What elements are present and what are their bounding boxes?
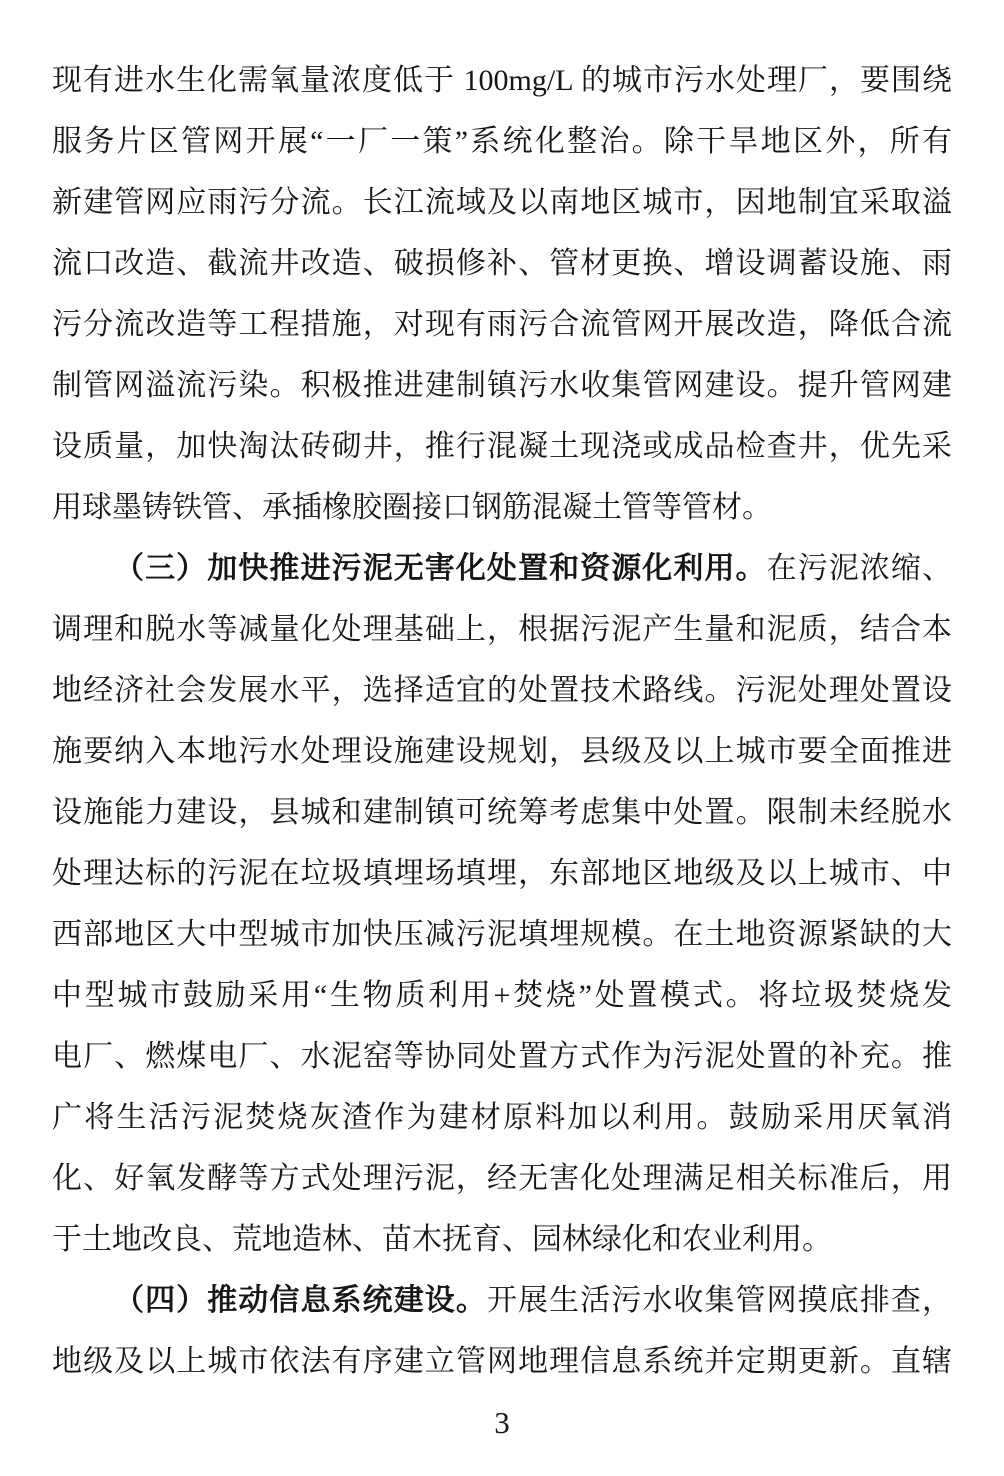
text-line: 广将生活污泥焚烧灰渣作为建材原料加以利用。鼓励采用厌氧消 bbox=[52, 1087, 952, 1148]
heading-run: （三）加快推进污泥无害化处置和资源化利用。 bbox=[114, 552, 767, 585]
text-line: 调理和脱水等减量化处理基础上，根据污泥产生量和泥质，结合本 bbox=[52, 599, 952, 660]
body-run: 中型城市鼓励采用“生物质利用+焚烧”处置模式。将垃圾焚烧发 bbox=[52, 979, 952, 1012]
text-line: 设质量，加快淘汰砖砌井，推行混凝土现浇或成品检查井，优先采 bbox=[52, 416, 952, 477]
body-run: 设施能力建设，县城和建制镇可统筹考虑集中处置。限制未经脱水 bbox=[52, 796, 952, 829]
text-line: 地经济社会发展水平，选择适宜的处置技术路线。污泥处理处置设 bbox=[52, 660, 952, 721]
body-run: 用球墨铸铁管、承插橡胶圈接口钢筋混凝土管等管材。 bbox=[52, 491, 772, 524]
text-line: 流口改造、截流井改造、破损修补、管材更换、增设调蓄设施、雨 bbox=[52, 233, 952, 294]
text-line: 西部地区大中型城市加快压减污泥填埋规模。在土地资源紧缺的大 bbox=[52, 904, 952, 965]
body-run: 处理达标的污泥在垃圾填埋场填埋，东部地区地级及以上城市、中 bbox=[52, 857, 952, 890]
text-line: 化、好氧发酵等方式处理污泥，经无害化处理满足相关标准后，用 bbox=[52, 1148, 952, 1209]
body-run: 流口改造、截流井改造、破损修补、管材更换、增设调蓄设施、雨 bbox=[52, 247, 952, 280]
body-run: 地级及以上城市依法有序建立管网地理信息系统并定期更新。直辖 bbox=[52, 1345, 952, 1378]
text-line: 中型城市鼓励采用“生物质利用+焚烧”处置模式。将垃圾焚烧发 bbox=[52, 965, 952, 1026]
text-line: 污分流改造等工程措施，对现有雨污合流管网开展改造，降低合流 bbox=[52, 294, 952, 355]
document-page: 现有进水生化需氧量浓度低于 100mg/L 的城市污水处理厂，要围绕服务片区管网… bbox=[0, 0, 1004, 1476]
text-line: 现有进水生化需氧量浓度低于 100mg/L 的城市污水处理厂，要围绕 bbox=[52, 50, 952, 111]
body-run: 设质量，加快淘汰砖砌井，推行混凝土现浇或成品检查井，优先采 bbox=[52, 430, 952, 463]
body-run: 电厂、燃煤电厂、水泥窑等协同处置方式作为污泥处置的补充。推 bbox=[52, 1040, 952, 1073]
body-run: 新建管网应雨污分流。长江流域及以南地区城市，因地制宜采取溢 bbox=[52, 186, 952, 219]
page-number: 3 bbox=[0, 1400, 1004, 1446]
body-run: 调理和脱水等减量化处理基础上，根据污泥产生量和泥质，结合本 bbox=[52, 613, 952, 646]
text-line: 用球墨铸铁管、承插橡胶圈接口钢筋混凝土管等管材。 bbox=[52, 477, 952, 538]
text-line: （四）推动信息系统建设。开展生活污水收集管网摸底排查， bbox=[52, 1270, 952, 1331]
text-line: 电厂、燃煤电厂、水泥窑等协同处置方式作为污泥处置的补充。推 bbox=[52, 1026, 952, 1087]
body-run: 服务片区管网开展“一厂一策”系统化整治。除干旱地区外，所有 bbox=[52, 125, 952, 158]
text-line: 施要纳入本地污水处理设施建设规划，县级及以上城市要全面推进 bbox=[52, 721, 952, 782]
body-run: 地经济社会发展水平，选择适宜的处置技术路线。污泥处理处置设 bbox=[52, 674, 952, 707]
text-line: （三）加快推进污泥无害化处置和资源化利用。在污泥浓缩、 bbox=[52, 538, 952, 599]
heading-run: （四）推动信息系统建设。 bbox=[114, 1284, 487, 1317]
text-line: 制管网溢流污染。积极推进建制镇污水收集管网建设。提升管网建 bbox=[52, 355, 952, 416]
text-line: 于土地改良、荒地造林、苗木抚育、园林绿化和农业利用。 bbox=[52, 1209, 952, 1270]
document-body: 现有进水生化需氧量浓度低于 100mg/L 的城市污水处理厂，要围绕服务片区管网… bbox=[52, 50, 952, 1392]
body-run: 现有进水生化需氧量浓度低于 100mg/L 的城市污水处理厂，要围绕 bbox=[52, 64, 952, 97]
body-run: 施要纳入本地污水处理设施建设规划，县级及以上城市要全面推进 bbox=[52, 735, 952, 768]
body-run: 西部地区大中型城市加快压减污泥填埋规模。在土地资源紧缺的大 bbox=[52, 918, 952, 951]
body-run: 污分流改造等工程措施，对现有雨污合流管网开展改造，降低合流 bbox=[52, 308, 952, 341]
text-line: 新建管网应雨污分流。长江流域及以南地区城市，因地制宜采取溢 bbox=[52, 172, 952, 233]
body-run: 在污泥浓缩、 bbox=[767, 552, 952, 585]
text-line: 地级及以上城市依法有序建立管网地理信息系统并定期更新。直辖 bbox=[52, 1331, 952, 1392]
text-line: 处理达标的污泥在垃圾填埋场填埋，东部地区地级及以上城市、中 bbox=[52, 843, 952, 904]
body-run: 广将生活污泥焚烧灰渣作为建材原料加以利用。鼓励采用厌氧消 bbox=[52, 1101, 952, 1134]
text-line: 服务片区管网开展“一厂一策”系统化整治。除干旱地区外，所有 bbox=[52, 111, 952, 172]
body-run: 开展生活污水收集管网摸底排查， bbox=[487, 1284, 952, 1317]
body-run: 于土地改良、荒地造林、苗木抚育、园林绿化和农业利用。 bbox=[52, 1223, 832, 1256]
body-run: 化、好氧发酵等方式处理污泥，经无害化处理满足相关标准后，用 bbox=[52, 1162, 952, 1195]
text-line: 设施能力建设，县城和建制镇可统筹考虑集中处置。限制未经脱水 bbox=[52, 782, 952, 843]
body-run: 制管网溢流污染。积极推进建制镇污水收集管网建设。提升管网建 bbox=[52, 369, 952, 402]
